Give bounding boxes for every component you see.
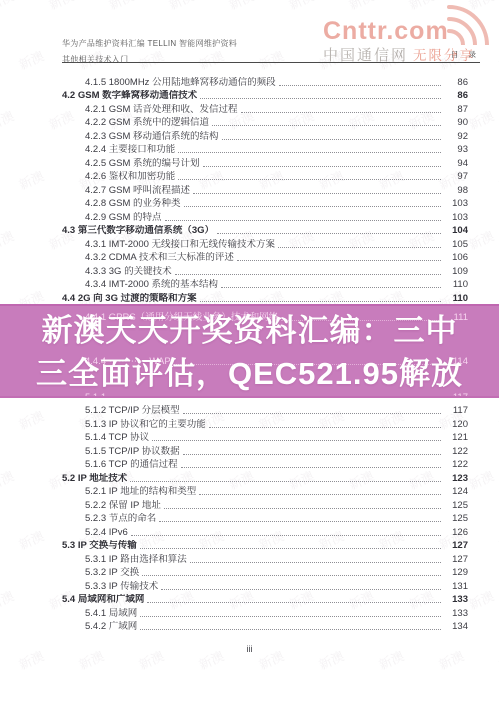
toc-leader-dots — [209, 427, 441, 428]
toc-row: 4.3.2 CDMA 技术和三大标准的评述106 — [62, 250, 468, 264]
toc-row-page: 98 — [444, 185, 468, 196]
toc-leader-dots — [181, 467, 441, 468]
toc-row-page: 94 — [444, 158, 468, 169]
toc-row: 4.1.5 1800MHz 公用陆地蜂窝移动通信的频段86 — [62, 74, 468, 88]
banner-text-line2: 三全面评估，QEC521.95解放 — [0, 356, 499, 392]
toc-leader-dots — [131, 535, 441, 536]
stamp-watermark: 新澳 — [15, 526, 46, 554]
toc-row-page: 134 — [444, 621, 468, 632]
toc-row-title: 4.2.2 GSM 系统中的逻辑信道 — [85, 117, 209, 128]
toc-row-title: 4.2.7 GSM 呼叫流程描述 — [85, 185, 190, 196]
toc-row: 5.1.2 TCP/IP 分层模型117 — [62, 403, 468, 417]
toc-row-title: 4.3 第三代数字移动通信系统（3G） — [62, 225, 214, 236]
toc-leader-dots — [222, 139, 441, 140]
page-number: iii — [0, 644, 499, 655]
toc-row-title: 5.3.2 IP 交换 — [85, 567, 139, 578]
toc-row: 5.1.5 TCP/IP 协议数据122 — [62, 443, 468, 457]
toc-row-title: 4.4 2G 向 3G 过渡的策略和方案 — [62, 293, 197, 304]
stamp-watermark: 新澳 — [165, 0, 196, 13]
toc-row-page: 103 — [444, 198, 468, 209]
toc-row: 5.4.1 局域网133 — [62, 605, 468, 619]
toc-row-page: 93 — [444, 144, 468, 155]
toc-row: 5.3.1 IP 路由选择和算法127 — [62, 551, 468, 565]
stamp-watermark: 新澳 — [15, 46, 46, 74]
stamp-watermark: 新澳 — [0, 226, 17, 254]
toc-leader-dots — [184, 206, 441, 207]
toc-row: 5.3 IP 交换与传输127 — [62, 538, 468, 552]
stamp-watermark: 新澳 — [45, 0, 76, 13]
toc-row-page: 125 — [444, 513, 468, 524]
toc-row-page: 125 — [444, 500, 468, 511]
toc-leader-dots — [237, 260, 441, 261]
stamp-watermark: 新澳 — [0, 466, 17, 494]
stamp-watermark: 新澳 — [105, 0, 136, 13]
toc-leader-dots — [152, 440, 441, 441]
toc-row-page: 110 — [444, 279, 468, 290]
toc-row-page: 97 — [444, 171, 468, 182]
toc-row-title: 5.3.1 IP 路由选择和算法 — [85, 554, 187, 565]
toc-row-page: 110 — [444, 293, 468, 304]
stamp-watermark: 新澳 — [465, 226, 496, 254]
toc-row: 5.3.3 IP 传输技术131 — [62, 578, 468, 592]
toc-list-top: 4.1.5 1800MHz 公用陆地蜂窝移动通信的频段864.2 GSM 数字蜂… — [62, 74, 468, 304]
toc-row-title: 4.3.4 IMT-2000 系统的基本结构 — [85, 279, 218, 290]
stamp-watermark: 新澳 — [285, 0, 316, 13]
toc-leader-dots — [183, 454, 441, 455]
toc-row-title: 5.2 IP 地址技术 — [62, 473, 127, 484]
toc-row: 4.2.6 鉴权和加密功能97 — [62, 169, 468, 183]
header-line-2: 其他相关技术入门 — [62, 55, 128, 64]
toc-leader-dots — [175, 274, 441, 275]
toc-row: 4.2.1 GSM 话音处理和收、发信过程87 — [62, 101, 468, 115]
toc-row: 5.2.2 保留 IP 地址125 — [62, 497, 468, 511]
stamp-watermark: 新澳 — [225, 0, 256, 13]
toc-row-page: 117 — [444, 405, 468, 416]
toc-leader-dots — [241, 112, 441, 113]
toc-row-title: 4.2 GSM 数字蜂窝移动通信技术 — [62, 90, 197, 101]
toc-row: 4.2.3 GSM 移动通信系统的结构92 — [62, 128, 468, 142]
toc-row-page: 120 — [444, 419, 468, 430]
toc-row-title: 5.1.4 TCP 协议 — [85, 432, 149, 443]
toc-row-page: 122 — [444, 459, 468, 470]
toc-leader-dots — [278, 247, 441, 248]
stamp-watermark: 新澳 — [465, 106, 496, 134]
stamp-watermark: 新澳 — [495, 46, 499, 74]
stamp-watermark: 新澳 — [495, 526, 499, 554]
stamp-watermark: 新澳 — [465, 466, 496, 494]
stamp-watermark: 新澳 — [495, 166, 499, 194]
toc-row-title: 4.2.4 主要接口和功能 — [85, 144, 175, 155]
stamp-watermark: 新澳 — [15, 406, 46, 434]
toc-leader-dots — [130, 481, 441, 482]
toc-row-title: 4.2.3 GSM 移动通信系统的结构 — [85, 131, 219, 142]
banner-text-line1: 新澳天天开奖资料汇编：三中 — [0, 313, 499, 349]
toc-leader-dots — [178, 179, 441, 180]
toc-row-page: 106 — [444, 252, 468, 263]
stamp-watermark: 新澳 — [465, 0, 496, 13]
header-line-1: 华为产品维护资料汇编 TELLIN 智能网维护资料 — [62, 38, 480, 49]
stamp-watermark: 新澳 — [405, 0, 436, 13]
toc-row: 5.1.3 IP 协议和它的主要功能120 — [62, 416, 468, 430]
toc-row-title: 5.4 局域网和广域网 — [62, 594, 144, 605]
toc-leader-dots — [190, 562, 441, 563]
toc-leader-dots — [159, 521, 441, 522]
stamp-watermark: 新澳 — [495, 406, 499, 434]
toc-row-page: 86 — [444, 77, 468, 88]
spam-banner-overlay: 4.4.1 GPRS（通用分组无线业务）技术和网络1114.4.4 ⋯⋯⋯⋯ W… — [0, 304, 499, 398]
toc-list-bottom: 5.1.2 TCP/IP 分层模型1175.1.3 IP 协议和它的主要功能12… — [62, 403, 468, 633]
toc-row: 4.3.4 IMT-2000 系统的基本结构110 — [62, 277, 468, 291]
toc-row-page: 105 — [444, 239, 468, 250]
toc-row: 4.3.1 IMT-2000 无线接口和无线传输技术方案105 — [62, 236, 468, 250]
toc-row: 4.2.2 GSM 系统中的逻辑信道90 — [62, 115, 468, 129]
toc-leader-dots — [165, 220, 441, 221]
toc-row-page: 133 — [444, 608, 468, 619]
toc-row-page: 133 — [444, 594, 468, 605]
toc-leader-dots — [200, 98, 441, 99]
toc-leader-dots — [200, 301, 441, 302]
toc-row-page: 87 — [444, 104, 468, 115]
toc-row-title: 5.4.1 局域网 — [85, 608, 137, 619]
toc-leader-dots — [161, 589, 441, 590]
toc-row-title: 4.2.9 GSM 的特点 — [85, 212, 162, 223]
stamp-watermark: 新澳 — [0, 106, 17, 134]
toc-row: 5.3.2 IP 交换129 — [62, 565, 468, 579]
toc-row-title: 4.1.5 1800MHz 公用陆地蜂窝移动通信的频段 — [85, 77, 276, 88]
toc-row-page: 121 — [444, 432, 468, 443]
toc-row-title: 5.3.3 IP 传输技术 — [85, 581, 158, 592]
stamp-watermark: 新澳 — [0, 586, 17, 614]
toc-row-page: 117 — [444, 392, 468, 398]
toc-leader-dots — [183, 413, 441, 414]
toc-leader-dots — [221, 287, 441, 288]
toc-row: 4.4 2G 向 3G 过渡的策略和方案110 — [62, 290, 468, 304]
toc-row-title: 5.1.3 IP 协议和它的主要功能 — [85, 419, 206, 430]
toc-row-page: 92 — [444, 131, 468, 142]
toc-row: 4.3 第三代数字移动通信系统（3G）104 — [62, 223, 468, 237]
toc-row-page: 124 — [444, 486, 468, 497]
toc-row-page: 86 — [444, 90, 468, 101]
toc-row: 5.4.2 广域网134 — [62, 619, 468, 633]
toc-row-title: 5.2.3 节点的命名 — [85, 513, 156, 524]
toc-row-title: 5.2.4 IPv6 — [85, 527, 128, 538]
toc-row: 4.2.5 GSM 系统的编号计划94 — [62, 155, 468, 169]
toc-leader-dots — [178, 152, 441, 153]
toc-leader-dots — [140, 616, 441, 617]
toc-row: 5.4 局域网和广域网133 — [62, 592, 468, 606]
toc-row: 5.1.4 TCP 协议121 — [62, 430, 468, 444]
toc-row-page: 104 — [444, 225, 468, 236]
toc-row-page: 122 — [444, 446, 468, 457]
stamp-watermark: 新澳 — [15, 166, 46, 194]
toc-row: 5.2.3 节点的命名125 — [62, 511, 468, 525]
toc-row-page: 127 — [444, 554, 468, 565]
toc-row-title: 5.3 IP 交换与传输 — [62, 540, 137, 551]
toc-row-title: 4.2.6 鉴权和加密功能 — [85, 171, 175, 182]
toc-leader-dots — [279, 85, 441, 86]
toc-leader-dots — [199, 494, 441, 495]
toc-row: 4.2.8 GSM 的业务种类103 — [62, 196, 468, 210]
toc-row: 5.2 IP 地址技术123 — [62, 470, 468, 484]
toc-row-title: 5.1.6 TCP 的通信过程 — [85, 459, 178, 470]
toc-row-title: 5.1.2 TCP/IP 分层模型 — [85, 405, 180, 416]
toc-row-page: 109 — [444, 266, 468, 277]
toc-row-page: 127 — [444, 540, 468, 551]
toc-leader-dots — [193, 193, 441, 194]
toc-row: 5.2.4 IPv6126 — [62, 524, 468, 538]
toc-leader-dots — [140, 629, 441, 630]
toc-leader-dots — [164, 508, 441, 509]
toc-row: 4.3.3 3G 的关键技术109 — [62, 263, 468, 277]
toc-row-title: 5.1.1 ⋯⋯⋯⋯ — [85, 392, 147, 398]
toc-row: 4.2.4 主要接口和功能93 — [62, 142, 468, 156]
toc-row-title: 4.3.1 IMT-2000 无线接口和无线传输技术方案 — [85, 239, 275, 250]
toc-leader-dots — [217, 233, 441, 234]
header-toc-label: 目 录 — [451, 49, 480, 60]
toc-row-page: 103 — [444, 212, 468, 223]
toc-row-title: 4.2.8 GSM 的业务种类 — [85, 198, 181, 209]
toc-row-page: 90 — [444, 117, 468, 128]
toc-leader-dots — [147, 602, 441, 603]
toc-row-page: 131 — [444, 581, 468, 592]
toc-row-title: 5.2.1 IP 地址的结构和类型 — [85, 486, 196, 497]
toc-row-page: 129 — [444, 567, 468, 578]
stamp-watermark: 新澳 — [345, 0, 376, 13]
toc-row-title: 4.2.1 GSM 话音处理和收、发信过程 — [85, 104, 238, 115]
toc-leader-dots — [203, 166, 441, 167]
toc-row-title: 5.2.2 保留 IP 地址 — [85, 500, 161, 511]
toc-row-title: 4.3.3 3G 的关键技术 — [85, 266, 172, 277]
toc-row: 4.2 GSM 数字蜂窝移动通信技术86 — [62, 88, 468, 102]
stamp-watermark: 新澳 — [0, 0, 17, 13]
toc-row: 4.2.7 GSM 呼叫流程描述98 — [62, 182, 468, 196]
toc-row: 5.1.6 TCP 的通信过程122 — [62, 457, 468, 471]
toc-row-title: 4.3.2 CDMA 技术和三大标准的评述 — [85, 252, 234, 263]
toc-row-title: 5.4.2 广域网 — [85, 621, 137, 632]
toc-row: 4.2.9 GSM 的特点103 — [62, 209, 468, 223]
stamp-watermark: 新澳 — [465, 586, 496, 614]
toc-row: 5.2.1 IP 地址的结构和类型124 — [62, 484, 468, 498]
document-page: 新澳新澳新澳新澳新澳新澳新澳新澳新澳新澳新澳新澳新澳新澳新澳新澳新澳新澳新澳新澳… — [0, 0, 499, 706]
toc-row-page: 123 — [444, 473, 468, 484]
toc-leader-dots — [212, 125, 441, 126]
toc-row-title: 4.2.5 GSM 系统的编号计划 — [85, 158, 200, 169]
toc-row-page: 126 — [444, 527, 468, 538]
page-header: 华为产品维护资料汇编 TELLIN 智能网维护资料 其他相关技术入门 目 录 — [62, 38, 480, 63]
toc-leader-dots — [140, 548, 441, 549]
toc-row-title: 5.1.5 TCP/IP 协议数据 — [85, 446, 180, 457]
toc-leader-dots — [142, 575, 441, 576]
